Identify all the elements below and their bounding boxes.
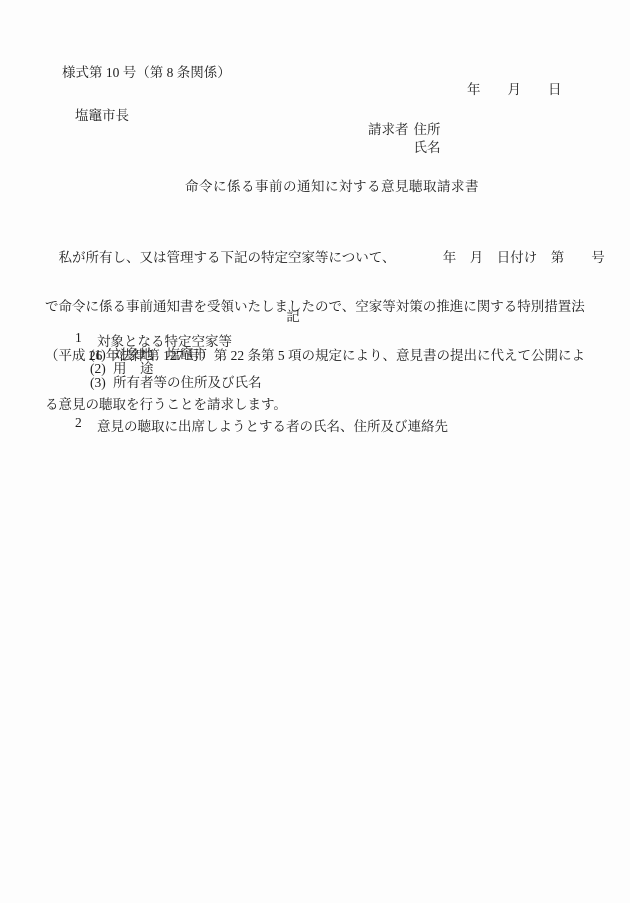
requester-name-label: 氏名 (414, 139, 441, 157)
form-number: 様式第 10 号（第 8 条関係） (62, 61, 231, 81)
subitem-3-number: (3) (90, 376, 106, 390)
record-marker: 記 (0, 305, 630, 325)
subitem-2-spacer (106, 362, 113, 376)
body-line-4: る意見の聴取を行うことを請求します。 (45, 397, 613, 413)
subitem-3-spacer (106, 376, 113, 390)
section-2-number: 2 (75, 415, 83, 435)
section-2-title: 意見の聴取に出席しようとする者の氏名、住所及び連絡先 (97, 415, 448, 435)
subitem-usage: (2) 用 途 (90, 362, 275, 376)
subitem-1-number: (1) (90, 348, 106, 362)
body-line-1: 私が所有し、又は管理する下記の特定空家等について、 年 月 日付け 第 号 (45, 250, 613, 266)
section-1-subitems: (1) 対象地 塩竈市 (2) 用 途 (3) 所有者等の住所及び氏名 (90, 348, 275, 390)
date-line: 年 月 日 (467, 78, 562, 98)
requester-block: 請求者 住所 氏名 (368, 121, 441, 157)
subitem-3-label: 所有者等の住所及び氏名 (113, 376, 262, 390)
subitem-target-location: (1) 対象地 塩竈市 (90, 348, 275, 362)
subitem-1-label: 対象地 (113, 348, 154, 362)
subitem-owner-info: (3) 所有者等の住所及び氏名 (90, 376, 275, 390)
section-2-heading: 2 意見の聴取に出席しようとする者の氏名、住所及び連絡先 (75, 415, 448, 435)
requester-address-label: 住所 (414, 121, 441, 139)
subitem-1-spacer (106, 348, 113, 362)
addressee: 塩竈市長 (75, 104, 129, 124)
section-1-number: 1 (75, 330, 83, 350)
document-title: 命令に係る事前の通知に対する意見聴取請求書 (0, 175, 630, 195)
subitem-1-value: 塩竈市 (167, 348, 208, 362)
section-2-spacer (83, 415, 97, 435)
document-page: 様式第 10 号（第 8 条関係） 年 月 日 塩竈市長 請求者 住所 氏名 命… (0, 0, 630, 903)
subitem-2-number: (2) (90, 362, 106, 376)
subitem-2-label: 用 途 (113, 362, 154, 376)
requester-label: 請求者 (368, 121, 409, 139)
